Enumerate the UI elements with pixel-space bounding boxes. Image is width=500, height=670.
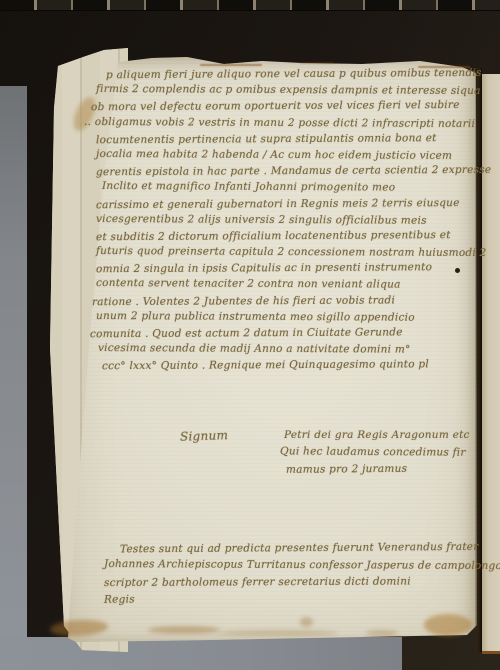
main-text-block: p aliquem fieri jure aliquo rone vel cau… bbox=[96, 66, 491, 374]
photographic-scale-ruler bbox=[0, 0, 500, 11]
manuscript-text-line: contenta servent tenaciter 2 contra non … bbox=[96, 275, 491, 293]
backdrop-board-bottom bbox=[0, 637, 402, 670]
witness-line: Johannes Archiepiscopus Turritanus confe… bbox=[104, 556, 500, 575]
witness-block: Testes sunt qui ad predicta presentes fu… bbox=[104, 540, 500, 607]
manuscript-text-line: .. obligamus vobis 2 vestris in manu 2 p… bbox=[84, 113, 491, 131]
bottom-edge-stain bbox=[424, 614, 472, 636]
top-edge-browning bbox=[300, 62, 334, 64]
manuscript-text-line: Inclito et magnifico Infanti Johanni pri… bbox=[102, 178, 491, 196]
manuscript-text-line: carissimo et generali gubernatori in Reg… bbox=[96, 194, 491, 213]
backdrop-board-left bbox=[0, 86, 27, 670]
bottom-edge-stain bbox=[148, 626, 220, 634]
manuscript-text-line: ob mora vel defectu eorum oportuerit vos… bbox=[91, 97, 491, 116]
manuscript-text-line: ccc° lxxx° Quinto . Regnique mei Quinqua… bbox=[102, 356, 491, 375]
royal-subscription-block: Petri dei gra Regis Aragonum etc Qui hec… bbox=[284, 427, 470, 478]
subscription-line: Petri dei gra Regis Aragonum etc bbox=[284, 427, 470, 444]
facing-page-bottom-edge bbox=[482, 651, 500, 654]
bottom-edge-stain bbox=[218, 630, 338, 636]
bottom-edge-stain bbox=[366, 630, 398, 636]
signum-label: Signum bbox=[180, 428, 229, 444]
witness-line: Testes sunt qui ad predicta presentes fu… bbox=[120, 539, 500, 558]
manuscript-text-line: ratione . Volentes 2 Jubentes de his fie… bbox=[92, 291, 491, 310]
bottom-edge-stain bbox=[300, 617, 313, 627]
subscription-line: mamus pro 2 juramus bbox=[286, 460, 470, 479]
subscription-line: Qui hec laudamus concedimus fir bbox=[280, 443, 470, 461]
witness-line: Regis bbox=[104, 589, 500, 609]
